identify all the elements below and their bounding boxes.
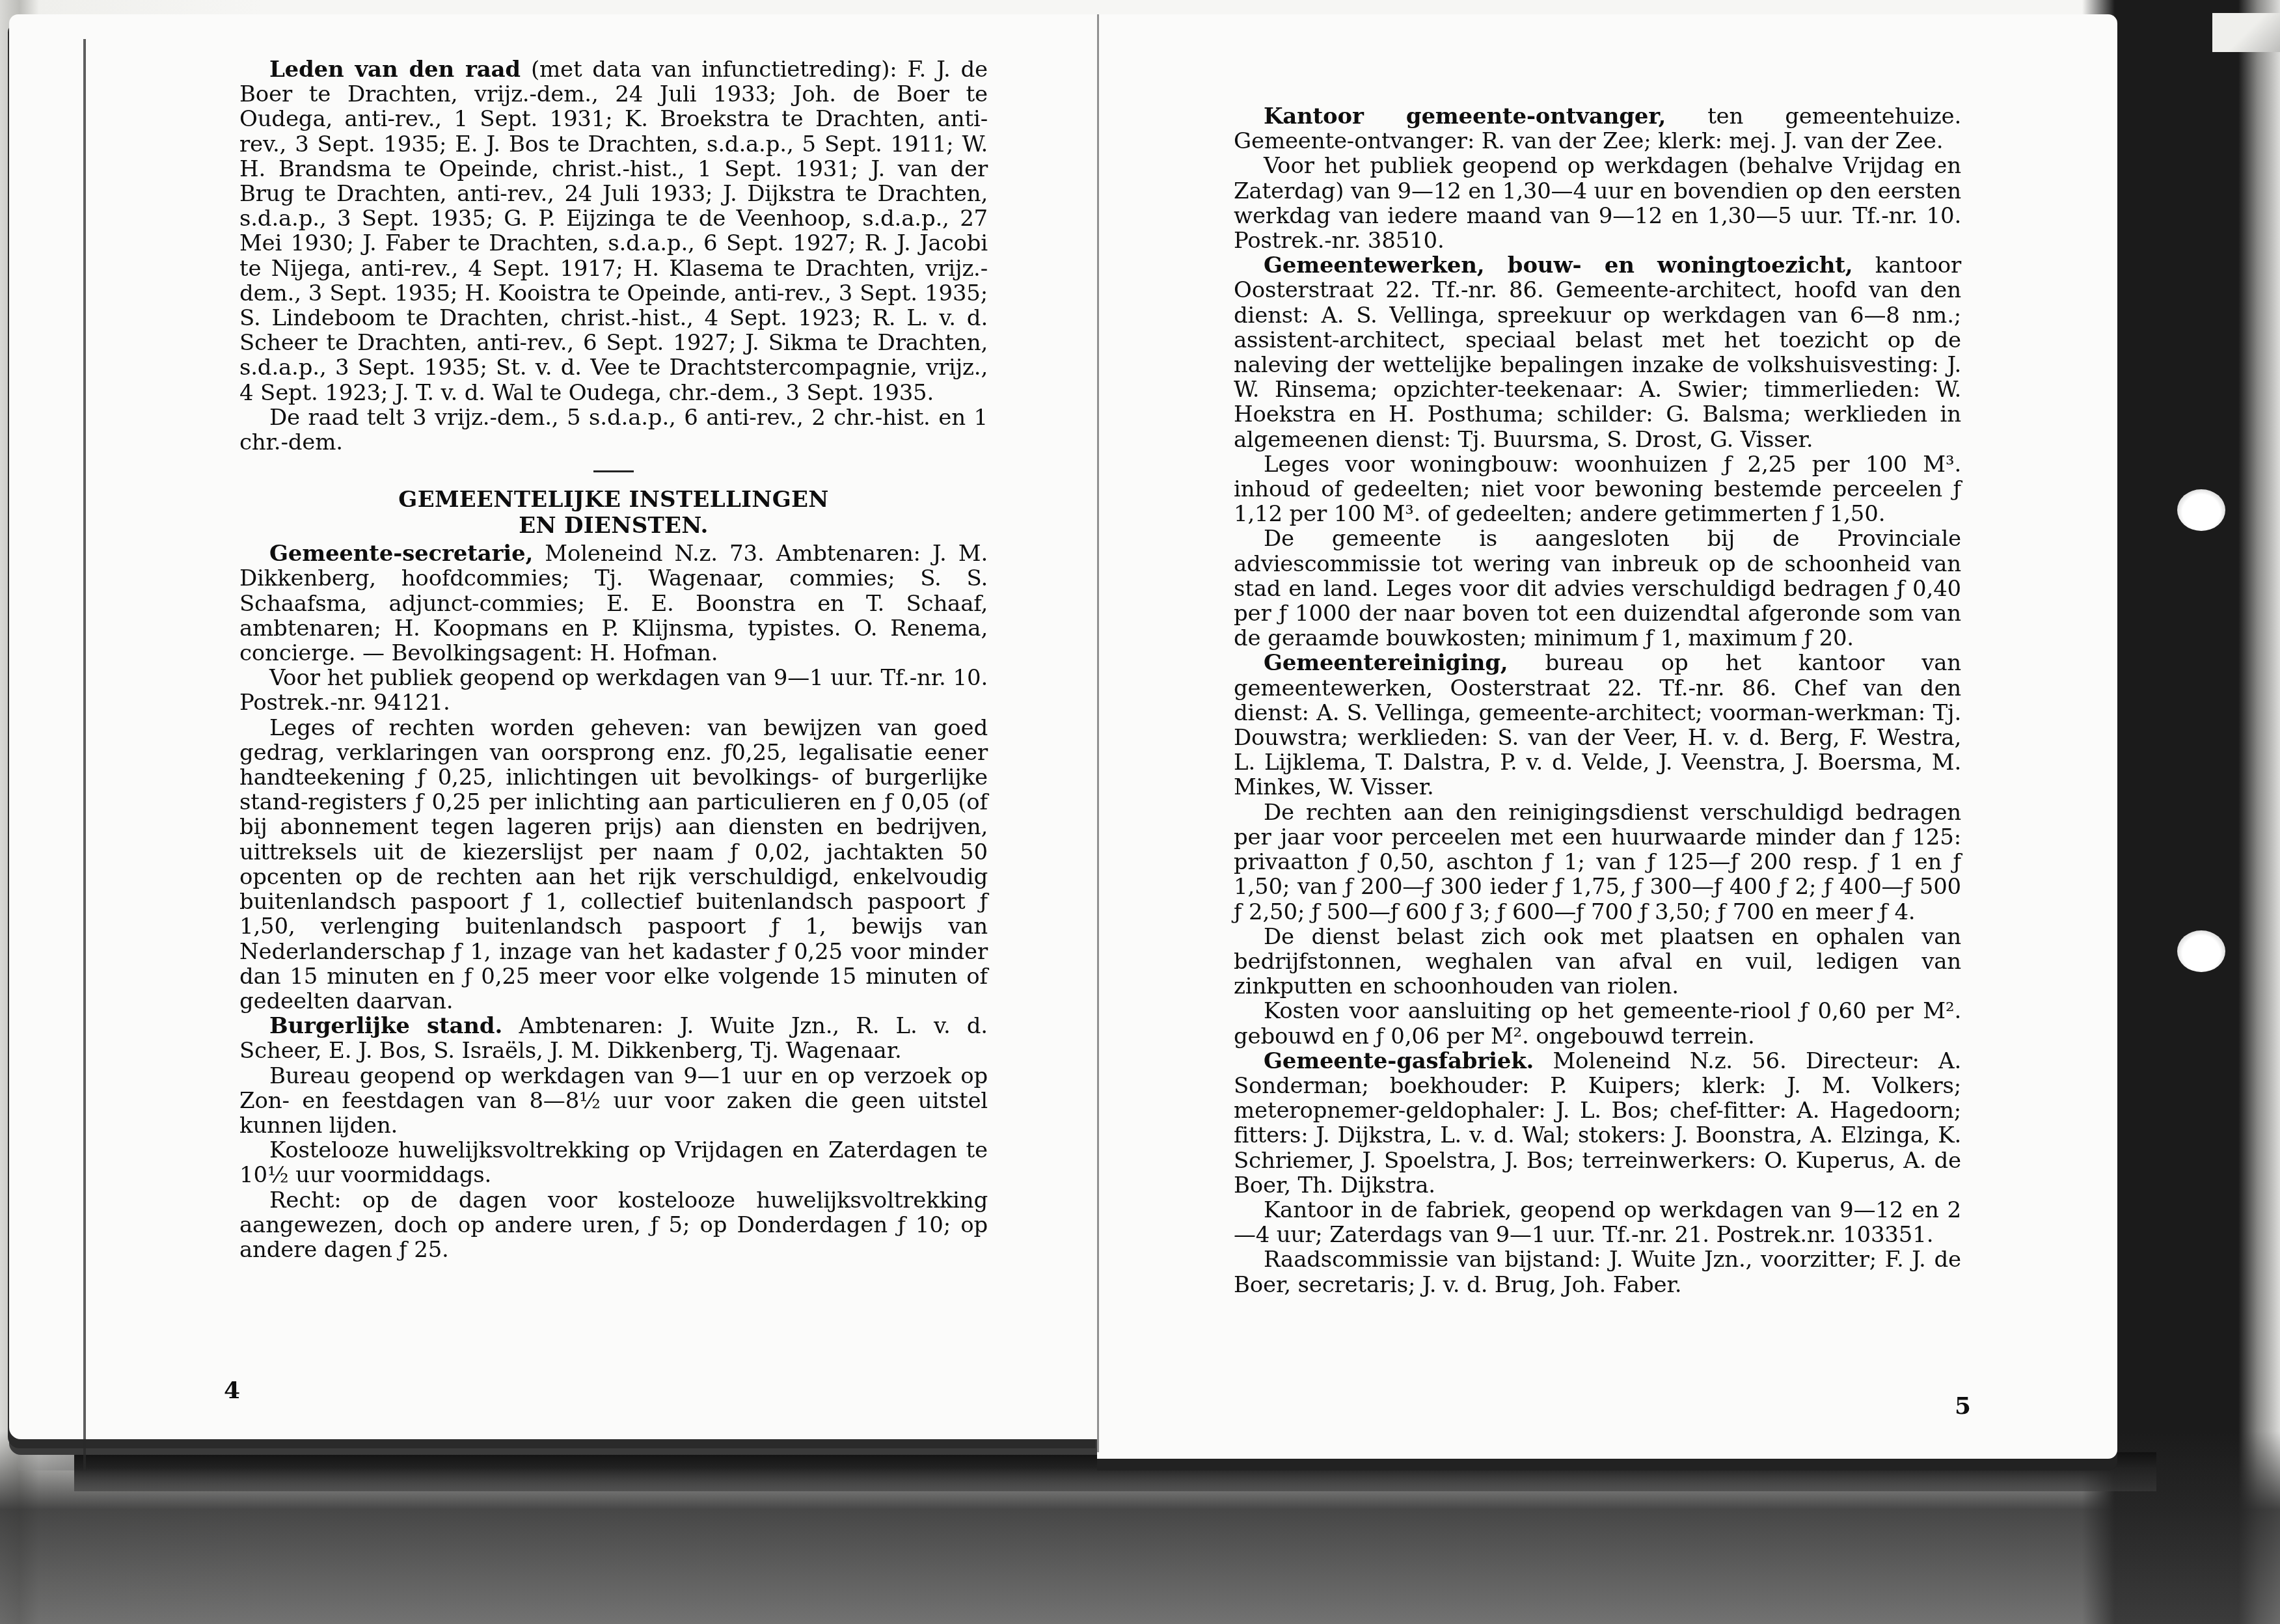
paragraph-gasfabriek-kantoor: Kantoor in de fabriek, geopend op werkda… xyxy=(1234,1198,1961,1247)
paragraph-body: De dienst belast zich ook met plaatsen e… xyxy=(1234,924,1961,999)
paragraph-dienst-taken: De dienst belast zich ook met plaatsen e… xyxy=(1234,925,1961,999)
paragraph-lead: Gemeente-gasfabriek. xyxy=(1264,1048,1534,1074)
page-number-left: 4 xyxy=(224,1377,240,1404)
page-left-text: Leden van den raad (met data van infunct… xyxy=(239,57,988,1262)
punch-hole-icon xyxy=(2177,930,2225,972)
paragraph-body: Raadscommissie van bijstand: J. Wuite Jz… xyxy=(1234,1247,1961,1297)
paragraph-lead: Leden van den raad xyxy=(269,57,521,83)
paragraph-gemeentewerken: Gemeentewerken, bouw- en woningtoezicht,… xyxy=(1234,253,1961,452)
paragraph-recht: Recht: op de dagen voor kostelooze huwel… xyxy=(239,1188,988,1263)
paragraph-raadscommissie: Raadscommissie van bijstand: J. Wuite Jz… xyxy=(1234,1247,1961,1297)
paragraph-lead: Burgerlijke stand. xyxy=(269,1013,502,1039)
punch-hole-icon xyxy=(2177,489,2225,531)
paragraph-body: (met data van infunctietreding): F. J. d… xyxy=(239,57,988,406)
paragraph-raad-telt: De raad telt 3 vrijz.-dem., 5 s.d.a.p., … xyxy=(239,405,988,455)
section-heading: GEMEENTELIJKE INSTELLINGEN EN DIENSTEN. xyxy=(239,487,988,539)
paragraph-reinigingsrechten: De rechten aan den reinigingsdienst vers… xyxy=(1234,800,1961,925)
paragraph-body: Recht: op de dagen voor kostelooze huwel… xyxy=(239,1187,988,1263)
paragraph-body: De raad telt 3 vrijz.-dem., 5 s.d.a.p., … xyxy=(239,405,988,455)
left-binding-line xyxy=(83,39,86,1470)
paragraph-body: Kostelooze huwelijksvoltrekking op Vrijd… xyxy=(239,1137,988,1188)
paragraph-body: Voor het publiek geopend op werkdagen va… xyxy=(239,665,988,716)
paragraph-body: Kosten voor aansluiting op het gemeente-… xyxy=(1234,998,1961,1049)
paragraph-lead: Kantoor gemeente-ontvanger, xyxy=(1264,103,1666,129)
paragraph-body: Leges voor woningbouw: woonhuizen ƒ 2,25… xyxy=(1234,452,1961,527)
paragraph-leges: Leges of rechten worden geheven: van bew… xyxy=(239,716,988,1014)
paragraph-raad-leden: Leden van den raad (met data van infunct… xyxy=(239,57,988,405)
page-number-right: 5 xyxy=(1955,1392,1971,1420)
paragraph-riool-kosten: Kosten voor aansluiting op het gemeente-… xyxy=(1234,999,1961,1048)
paragraph-body: kantoor Oosterstraat 22. Tf.-nr. 86. Gem… xyxy=(1234,252,1961,452)
paragraph-body: De gemeente is aangesloten bij de Provin… xyxy=(1234,526,1961,651)
paragraph-lead: Gemeentewerken, bouw- en woningtoezicht, xyxy=(1264,252,1853,278)
paragraph-lead: Gemeentereiniging, xyxy=(1264,650,1508,676)
paragraph-burgerlijke-stand: Burgerlijke stand. Ambtenaren: J. Wuite … xyxy=(239,1014,988,1063)
paragraph-gasfabriek: Gemeente-gasfabriek. Moleneind N.z. 56. … xyxy=(1234,1049,1961,1198)
paragraph-body: Bureau geopend op werkdagen van 9—1 uur … xyxy=(239,1063,988,1139)
book-gutter xyxy=(1097,14,1099,1452)
paragraph-secretarie: Gemeente-secretarie, Moleneind N.z. 73. … xyxy=(239,541,988,666)
paragraph-body: Kantoor in de fabriek, geopend op werkda… xyxy=(1234,1197,1961,1248)
section-heading-line-2: EN DIENSTEN. xyxy=(239,513,988,539)
section-divider xyxy=(593,470,634,472)
page-corner xyxy=(2212,13,2280,52)
paragraph-bureau: Bureau geopend op werkdagen van 9—1 uur … xyxy=(239,1064,988,1139)
paragraph-adviescommissie: De gemeente is aangesloten bij de Provin… xyxy=(1234,526,1961,651)
paragraph-openingstijden: Voor het publiek geopend op werkdagen va… xyxy=(239,666,988,715)
paragraph-lead: Gemeente-secretarie, xyxy=(269,541,533,567)
paragraph-ontvanger: Kantoor gemeente-ontvanger, ten gemeente… xyxy=(1234,104,1961,154)
paragraph-body: De rechten aan den reinigingsdienst vers… xyxy=(1234,800,1961,925)
section-heading-line-1: GEMEENTELIJKE INSTELLINGEN xyxy=(239,487,988,513)
paragraph-gemeentereiniging: Gemeentereiniging, bureau op het kantoor… xyxy=(1234,651,1961,800)
paragraph-leges-woningbouw: Leges voor woningbouw: woonhuizen ƒ 2,25… xyxy=(1234,452,1961,527)
page-right-text: Kantoor gemeente-ontvanger, ten gemeente… xyxy=(1234,104,1961,1297)
paragraph-huwelijk: Kostelooze huwelijksvoltrekking op Vrijd… xyxy=(239,1138,988,1187)
paragraph-body: Voor het publiek geopend op werkdagen (b… xyxy=(1234,153,1961,254)
paragraph-body: Leges of rechten worden geheven: van bew… xyxy=(239,715,988,1014)
paragraph-ontvanger-uren: Voor het publiek geopend op werkdagen (b… xyxy=(1234,154,1961,253)
